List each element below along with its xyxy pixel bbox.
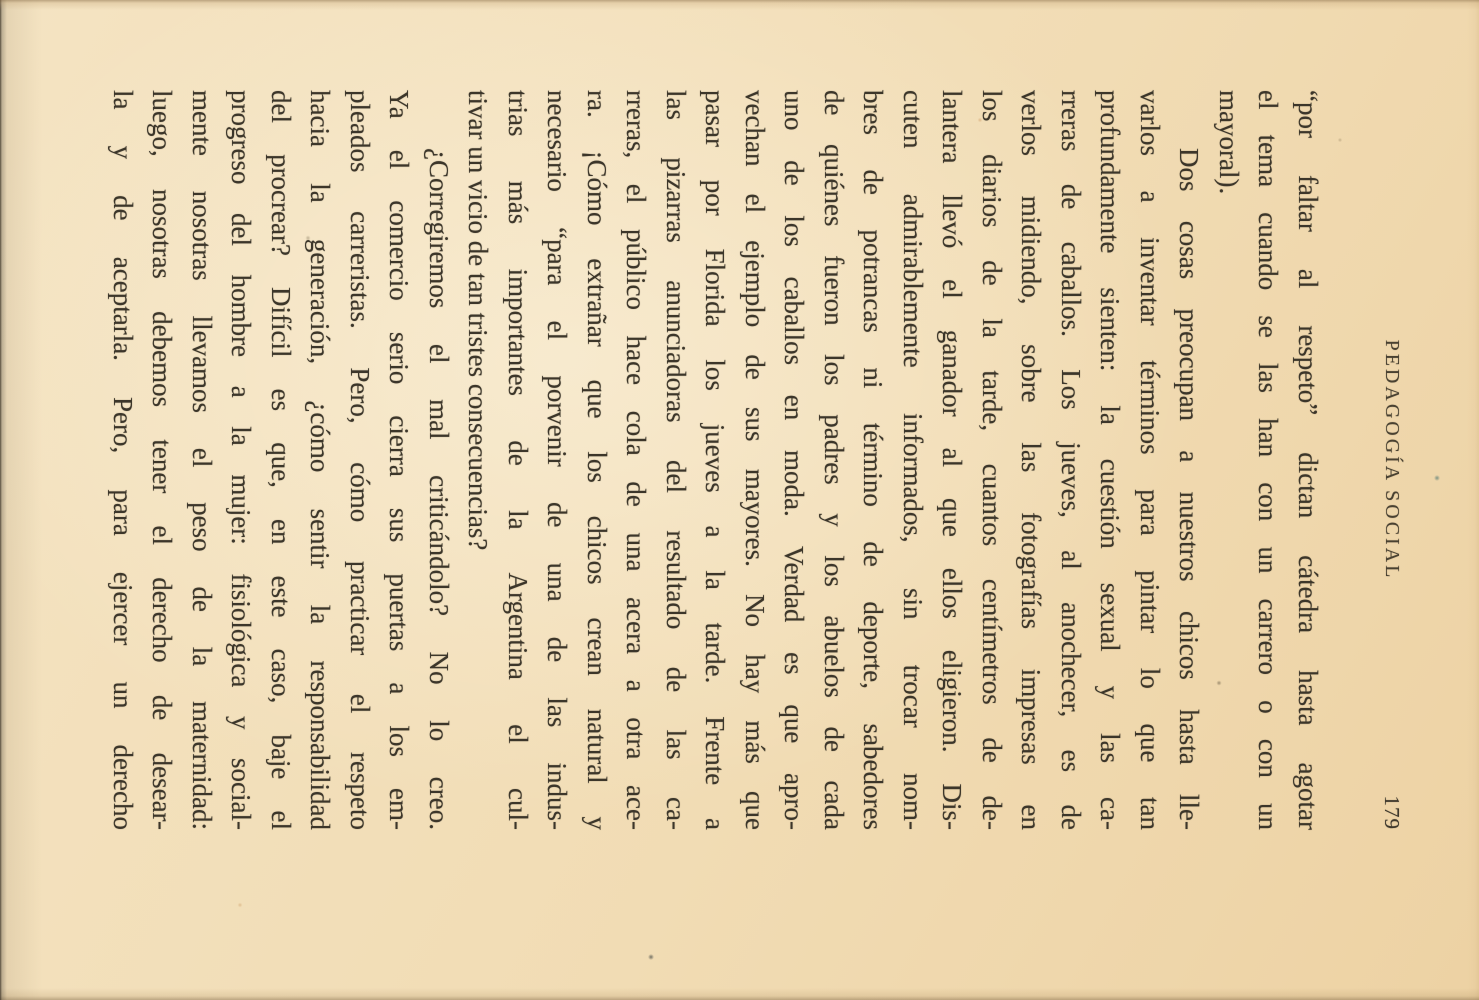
text-line: cuten admirablemente informados, sin tro…: [893, 90, 933, 830]
page-number: 179: [1379, 796, 1405, 831]
text-line: verlos midiendo, sobre las fotografías i…: [1011, 90, 1051, 830]
text-line: uno de los caballos en moda. Verdad es q…: [774, 90, 814, 830]
text-line: hacia la generación, ¿cómo sentir la res…: [300, 90, 340, 830]
text-line: rreras, el público hace cola de una acer…: [616, 90, 656, 830]
page-header: PEDAGOGÍA SOCIAL 179: [1377, 90, 1405, 830]
text-line: mayoral).: [1209, 90, 1249, 830]
text-line: profundamente sienten: la cuestión sexua…: [1090, 90, 1130, 830]
text-line: lantera llevó el ganador al que ellos el…: [932, 90, 972, 830]
text-line: Ya el comercio serio cierra sus puertas …: [379, 90, 419, 830]
text-line: los diarios de la tarde, cuantos centíme…: [972, 90, 1012, 830]
text-line: bres de potrancas ni término de deporte,…: [853, 90, 893, 830]
running-title: PEDAGOGÍA SOCIAL: [1379, 90, 1405, 830]
page: PEDAGOGÍA SOCIAL 179 “por faltar al resp…: [0, 0, 1479, 1000]
text-line: el tema cuando se las han con un carrero…: [1248, 90, 1288, 830]
text-line: la y de aceptarla. Pero, para ejercer un…: [103, 90, 143, 830]
text-line: “por faltar al respeto” dictan cátedra h…: [1288, 90, 1328, 830]
text-line: necesario “para el porvenir de una de la…: [537, 90, 577, 830]
page-body: “por faltar al respeto” dictan cátedra h…: [103, 90, 1328, 830]
text-line: progreso del hombre a la mujer: fisiológ…: [221, 90, 261, 830]
text-line: Dos cosas preocupan a nuestros chicos ha…: [1169, 90, 1209, 830]
text-line: trias más importantes de la Argentina el…: [498, 90, 538, 830]
text-line: luego, nosotras debemos tener el derecho…: [142, 90, 182, 830]
text-line: de quiénes fueron los padres y los abuel…: [814, 90, 854, 830]
text-line: las pizarras anunciadoras del resultado …: [656, 90, 696, 830]
text-line: ra. ¡Cómo extrañar que los chicos crean …: [577, 90, 617, 830]
text-line: tivar un vicio de tan tristes consecuenc…: [458, 90, 498, 830]
text-line: ¿Corregiremos el mal criticándolo? No lo…: [419, 90, 459, 830]
scanned-book-page: PEDAGOGÍA SOCIAL 179 “por faltar al resp…: [0, 0, 1479, 1000]
text-line: mente nosotras llevamos el peso de la ma…: [182, 90, 222, 830]
text-line: pleados carreristas. Pero, cómo practica…: [340, 90, 380, 830]
text-line: del procrear? Difícil es que, en este ca…: [261, 90, 301, 830]
text-line: vechan el ejemplo de sus mayores. No hay…: [735, 90, 775, 830]
text-line: pasar por Florida los jueves a la tarde.…: [695, 90, 735, 830]
text-line: rreras de caballos. Los jueves, al anoch…: [1051, 90, 1091, 830]
text-line: varlos a inventar términos para pintar l…: [1130, 90, 1170, 830]
